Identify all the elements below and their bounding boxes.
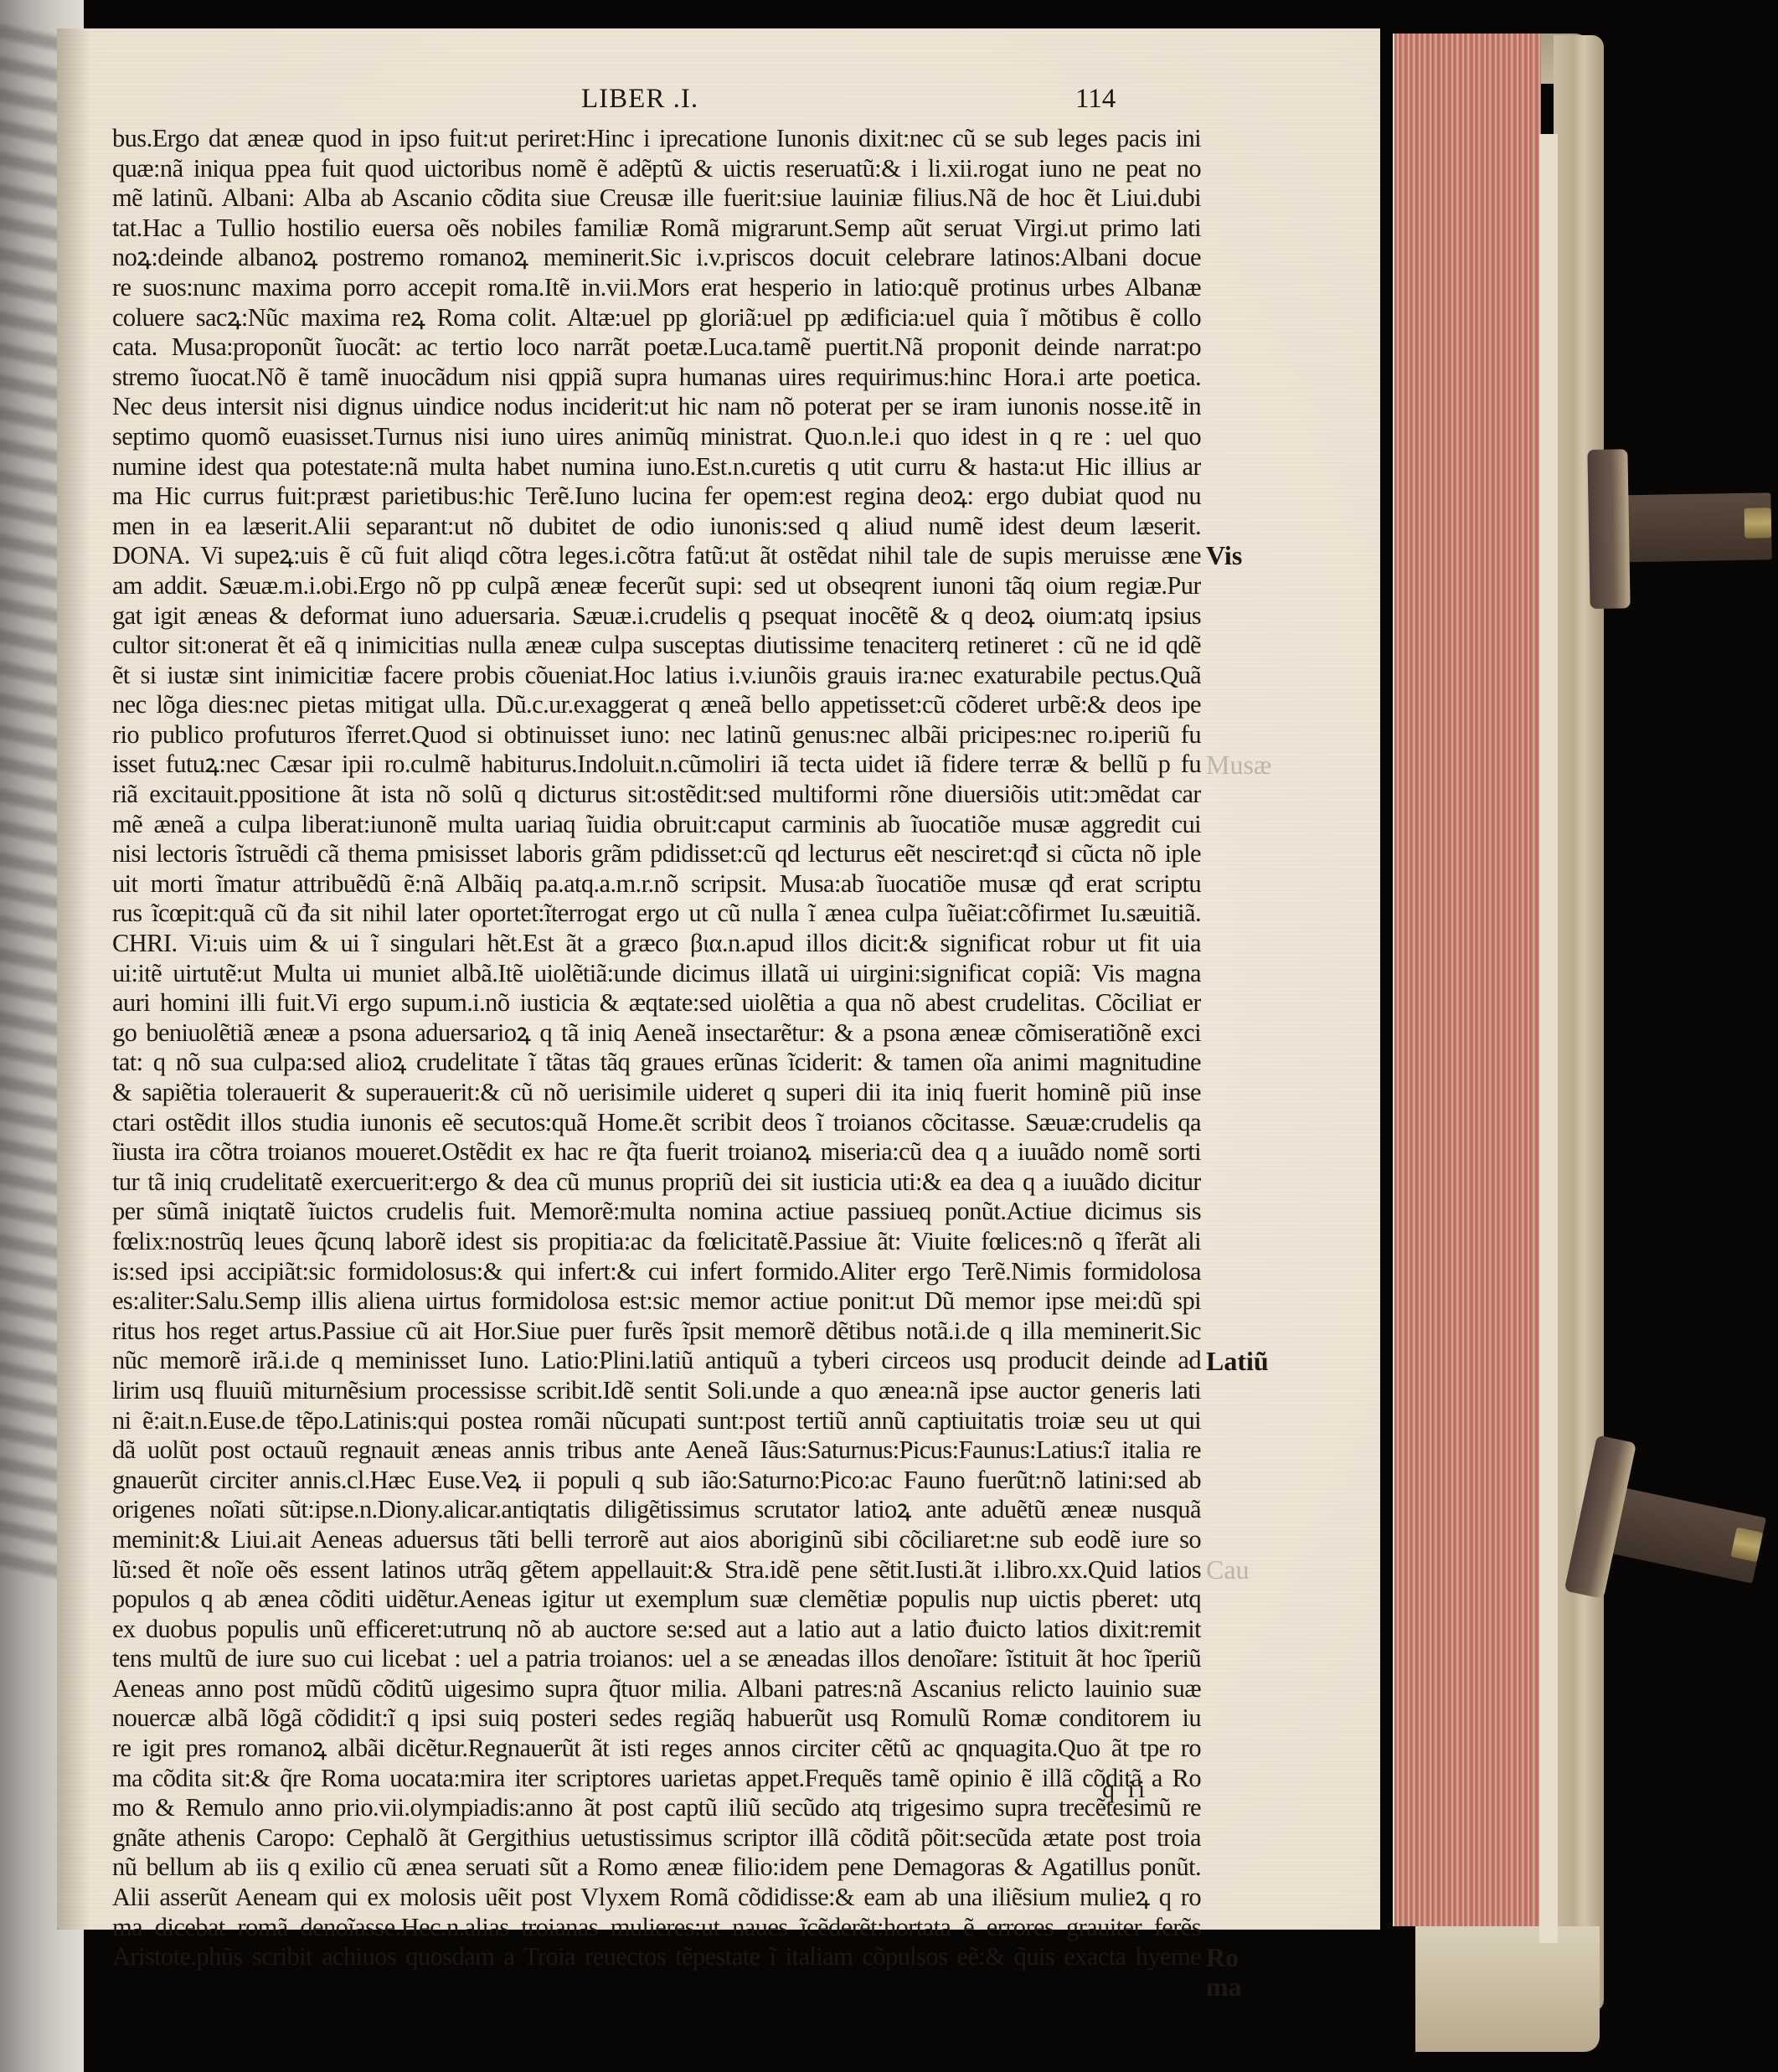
text-line: ẽt si iustæ sint inimicitiæ facere probi… xyxy=(112,661,1201,691)
clasp-anchor-icon xyxy=(1587,449,1630,609)
text-line: ex duobus populis unũ efficeret:utrunq n… xyxy=(112,1615,1201,1645)
text-line: es:aliter:Salu.Semp illis aliena uirtus … xyxy=(112,1286,1201,1317)
text-line: cata. Musa:proponũt ĩuocãt: ac tertio lo… xyxy=(112,332,1201,363)
text-line: ctari ostẽdit illos studia iunonis eẽ se… xyxy=(112,1108,1201,1138)
text-line: Aeneas anno post mũdũ cõditũ uigesimo su… xyxy=(112,1674,1201,1704)
text-line: lũ:sed ẽt noĩe oẽs essent latinos utrãq … xyxy=(112,1555,1201,1585)
signature-mark: q ii xyxy=(1102,1776,1148,1804)
gutter-shadow xyxy=(57,28,90,1930)
marginal-note: Ro xyxy=(1206,1943,1239,1972)
text-line: ni ẽ:ait.n.Euse.de tẽpo.Latinis:qui post… xyxy=(112,1406,1201,1436)
text-line: tens multũ de iure suo cui licebat : uel… xyxy=(112,1644,1201,1674)
folio-number: 114 xyxy=(1075,84,1116,115)
text-line: numine idest qua potestate:nã multa habe… xyxy=(112,452,1201,482)
show-through-note: Musæ xyxy=(1206,750,1271,780)
text-line: tat: q nõ sua culpa:sed alioꝝ crudelitat… xyxy=(112,1048,1201,1078)
text-line: auri homini illi fuit.Vi ergo supum.i.nõ… xyxy=(112,988,1201,1018)
text-line: rus ĩcœpit:quã cũ đa sit nihil later opo… xyxy=(112,899,1201,929)
text-line: nũc memorẽ irã.i.de q meminisset Iuno. L… xyxy=(112,1346,1201,1376)
text-line: stremo ĩuocat.Nõ ẽ tamẽ inuocãdum nisi q… xyxy=(112,363,1201,393)
text-line: populos q ab ænea cõditi uidẽtur.Aeneas … xyxy=(112,1585,1201,1615)
text-line: mẽ æneã a culpa liberat:iunonẽ multa uar… xyxy=(112,810,1201,840)
text-line: bus.Ergo dat æneæ quod in ipso fuit:ut p… xyxy=(112,124,1201,154)
text-line: ritus hos reget artus.Passiue cũ ait Hor… xyxy=(112,1317,1201,1347)
text-line: ui:itẽ uirtutẽ:ut Multa ui muniet albã.I… xyxy=(112,959,1201,989)
brass-catch-icon xyxy=(1730,1527,1763,1562)
text-line: men in ea læserit.Alii separant:ut nõ du… xyxy=(112,512,1201,542)
text-line: coluere sacꝝ:Nũc maxima reꝝ Roma colit. … xyxy=(112,303,1201,333)
text-line: ĩiusta ira cõtra troianos moueret.Ostẽdi… xyxy=(112,1137,1201,1167)
text-line: Alii asserũt Aeneam qui ex molosis uẽit … xyxy=(112,1883,1201,1913)
running-head: LIBER .I. 114 xyxy=(112,84,1201,124)
text-block: LIBER .I. 114 bus.Ergo dat æneæ quod in … xyxy=(112,84,1201,1972)
text-line: origenes noĩati sũt:ipse.n.Diony.alicar.… xyxy=(112,1495,1201,1525)
text-line: fœlix:nostrũq leues q̃cunq laborẽ idest … xyxy=(112,1227,1201,1257)
text-line: nisi lectoris ĩstruẽdi cã thema pmisisse… xyxy=(112,839,1201,869)
red-stained-fore-edge xyxy=(1393,34,1541,1926)
marginal-note: ma xyxy=(1206,1972,1242,2002)
marginal-note: Latiũ xyxy=(1206,1347,1269,1376)
text-line: tat.Hac a Tullio hostilio euersa oẽs nob… xyxy=(112,214,1201,244)
text-line: CHRI. Vi:uis uim & ui ĩ singulari hẽt.Es… xyxy=(112,929,1201,959)
text-line: meminit:& Liui.ait Aeneas aduersus tãti … xyxy=(112,1525,1201,1555)
text-line: gat igit æneas & deformat iuno aduersari… xyxy=(112,601,1201,631)
clasp-lower xyxy=(1589,1483,1766,1584)
text-line: nouercæ albã lõgã cõdidit:ĩ q ipsi suiq … xyxy=(112,1703,1201,1734)
show-through-note: Cau xyxy=(1206,1555,1250,1585)
text-line: lirim usq fluuiũ miturnẽsium processisse… xyxy=(112,1376,1201,1406)
text-line: per sũmã iniqtatẽ ĩuictos crudelis fuit.… xyxy=(112,1197,1201,1227)
text-line: tur tã iniq crudelitatẽ exercuerit:ergo … xyxy=(112,1167,1201,1198)
text-line: am addit. Sæuæ.m.i.obi.Ergo nõ pp culpã … xyxy=(112,571,1201,601)
text-line: ma dicebat romã denoĩasse.Hec.n.alias tr… xyxy=(112,1913,1201,1943)
text-line: gnauerũt circiter annis.cl.Hæc Euse.Veꝝ … xyxy=(112,1466,1201,1496)
text-line: gnãte athenis Caropo: Cephalõ ãt Gergith… xyxy=(112,1823,1201,1853)
text-line: Aristote.phũs scribit achiuos quosdam a … xyxy=(112,1942,1201,1972)
marginal-note: Vis xyxy=(1206,541,1242,570)
brass-catch-icon xyxy=(1745,508,1772,539)
text-line: is:sed ipsi accipiãt:sic formidolosus:& … xyxy=(112,1257,1201,1287)
text-line: nec lõga dies:nec pietas mitigat ulla. D… xyxy=(112,690,1201,720)
text-line: & sapiẽtia tolerauerit & superauerit:& c… xyxy=(112,1078,1201,1108)
running-title: LIBER .I. xyxy=(581,84,698,115)
text-line: go beniuolẽtiã æneæ a psona aduersarioꝝ … xyxy=(112,1018,1201,1049)
text-line: cultor sit:onerat ẽt eã q inimicitias nu… xyxy=(112,631,1201,661)
text-line: septimo quomõ euasisset.Turnus nisi iuno… xyxy=(112,422,1201,452)
endleaf-edge xyxy=(1539,134,1558,1943)
text-line: DONA. Vi supeꝝ:uis ẽ cũ fuit aliqd cõtra… xyxy=(112,541,1201,571)
text-line: re igit pres romanoꝝ albãi dicẽtur.Regna… xyxy=(112,1734,1201,1764)
text-line: uit morti ĩmatur attribuẽdũ ẽ:nã Albãiq … xyxy=(112,869,1201,899)
text-line: noꝝ:deinde albanoꝝ postremo romanoꝝ memi… xyxy=(112,243,1201,273)
text-line: isset futuꝝ:nec Cæsar ipii ro.culmẽ habi… xyxy=(112,750,1201,780)
text-line: dã uolũt post octauũ regnauit æneas anni… xyxy=(112,1435,1201,1466)
text-line: riã excitauit.ppositione ãt ista nõ solũ… xyxy=(112,780,1201,810)
commentary-body: bus.Ergo dat æneæ quod in ipso fuit:ut p… xyxy=(112,124,1201,1972)
text-line: mo & Remulo anno prio.vii.olympiadis:ann… xyxy=(112,1793,1201,1823)
text-line: nũ bellum ab iis q exilio cũ ænea seruat… xyxy=(112,1853,1201,1883)
text-line: mẽ latinũ. Albani: Alba ab Ascanio cõdit… xyxy=(112,183,1201,214)
text-line: ma Hic currus fuit:præst parietibus:hic … xyxy=(112,482,1201,512)
clasp-upper xyxy=(1603,492,1771,562)
vellum-binding-spine-edge xyxy=(1554,35,1604,2012)
text-line: rio publico profuturos ĩferret.Quod si o… xyxy=(112,720,1201,750)
text-line: re suos:nunc maxima porro accepit roma.I… xyxy=(112,273,1201,303)
vellum-binding-bottom xyxy=(1415,1926,1600,2052)
text-line: quæ:nã iniqua ppea fuit quod uictoribus … xyxy=(112,154,1201,184)
text-line: Nec deus intersit nisi dignus uindice no… xyxy=(112,392,1201,422)
text-line: ma cõdita sit:& q̃re Roma uocata:mira it… xyxy=(112,1764,1201,1794)
